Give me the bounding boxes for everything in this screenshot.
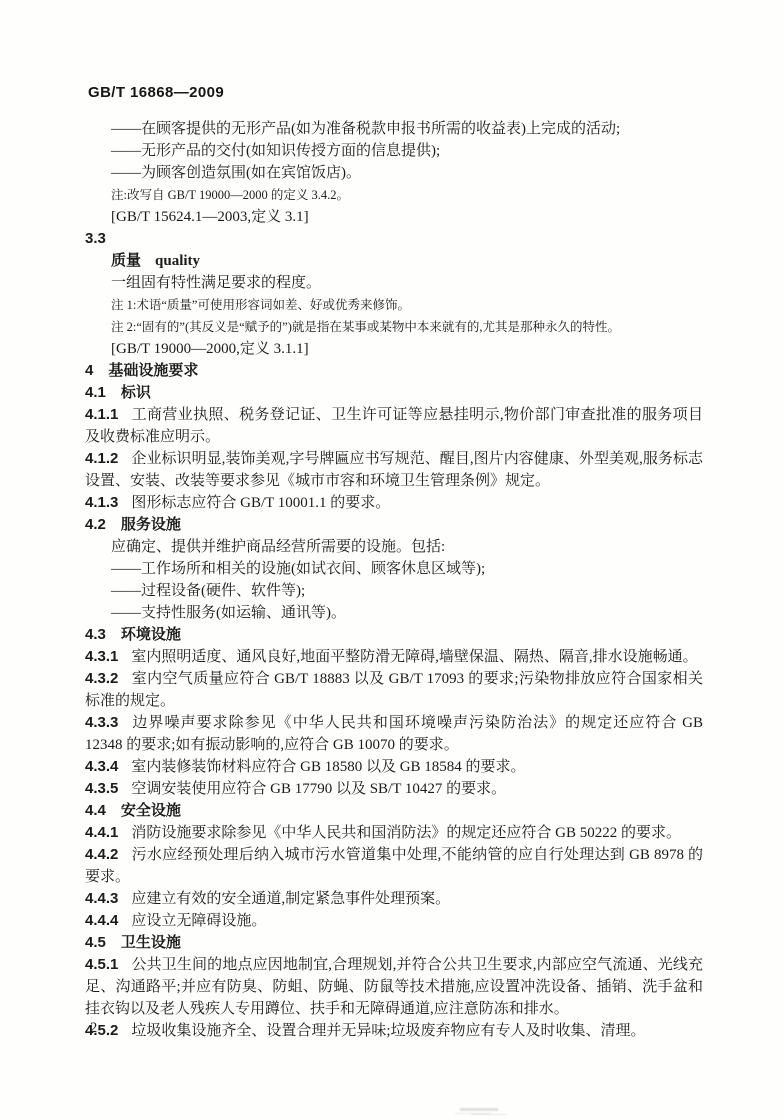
subsection-title: 卫生设施 [121,934,181,951]
clause-text: 室内装修装饰材料应符合 GB 18580 以及 GB 18584 的要求。 [131,759,525,775]
subsection-4-1: 4.1标识 4.1.1工商营业执照、税务登记证、卫生许可证等应悬挂明示,物价部门… [85,382,703,514]
clause: 4.5.1公共卫生间的地点应因地制宜,合理规划,并符合公共卫生要求,内部应空气流… [85,954,703,1020]
term-line: 质量quality [85,250,703,272]
dash-list-item: ——支持性服务(如运输、通讯等)。 [85,602,703,624]
subsection-title: 标识 [121,384,151,401]
subsection-4-3: 4.3环境设施 4.3.1室内照明适度、通风良好,地面平整防滑无障碍,墙壁保温、… [85,624,703,800]
clause-3-3: 3.3 质量quality 一组固有特性满足要求的程度。 注 1:术语“质量”可… [85,228,703,360]
subsection-number: 4.2 [85,516,121,533]
subsection-title: 服务设施 [121,516,181,533]
clause: 4.3.4室内装修装饰材料应符合 GB 18580 以及 GB 18584 的要… [85,756,703,778]
clause-text: 消防设施要求除参见《中华人民共和国消防法》的规定还应符合 GB 50222 的要… [131,825,681,841]
dash-list-item: ——在顾客提供的无形产品(如为准备税款申报书所需的收益表)上完成的活动; [85,118,703,140]
clause-text: 图形标志应符合 GB/T 10001.1 的要求。 [131,495,390,511]
section-number: 4 [85,362,108,379]
subsection-heading: 4.1标识 [85,382,703,404]
note: 注 1:术语“质量”可使用形容词如差、好或优秀来修饰。 [85,294,703,316]
clause-text: 企业标识明显,装饰美观,字号牌匾应书写规范、醒目,图片内容健康、外型美观,服务标… [85,451,703,489]
clause: 4.1.1工商营业执照、税务登记证、卫生许可证等应悬挂明示,物价部门审查批准的服… [85,404,703,448]
clause-number: 4.4.4 [85,912,131,929]
clause-number: 4.4.1 [85,824,131,841]
clause-text: 空调安装使用应符合 GB 17790 以及 SB/T 10427 的要求。 [131,781,506,797]
note: 注 2:“固有的”(其反义是“赋予的”)就是指在某事或某物中本来就有的,尤其是那… [85,316,703,338]
clause-text: 室内照明适度、通风良好,地面平整防滑无障碍,墙壁保温、隔热、隔音,排水设施畅通。 [131,649,697,665]
clause: 4.3.1室内照明适度、通风良好,地面平整防滑无障碍,墙壁保温、隔热、隔音,排水… [85,646,703,668]
subsection-4-2: 4.2服务设施 应确定、提供并维护商品经营所需要的设施。包括: ——工作场所和相… [85,514,703,624]
clause: 4.4.4应设立无障碍设施。 [85,910,703,932]
clause-text: 室内空气质量应符合 GB/T 18883 以及 GB/T 17093 的要求;污… [85,671,703,709]
page-content: ——在顾客提供的无形产品(如为准备税款申报书所需的收益表)上完成的活动; ——无… [85,118,703,1042]
document-page: GB/T 16868—2009 ——在顾客提供的无形产品(如为准备税款申报书所需… [0,0,783,1120]
clause-3-2-continuation: ——在顾客提供的无形产品(如为准备税款申报书所需的收益表)上完成的活动; ——无… [85,118,703,228]
clause-number: 4.4.3 [85,890,131,907]
term-chinese: 质量 [111,252,155,269]
term-english: quality [155,253,200,269]
subsection-title: 安全设施 [121,802,181,819]
clause-text: 应设立无障碍设施。 [131,913,266,929]
clause-number: 4.4.2 [85,846,131,863]
subsection-4-5: 4.5卫生设施 4.5.1公共卫生间的地点应因地制宜,合理规划,并符合公共卫生要… [85,932,703,1042]
section-title: 基础设施要求 [108,362,198,379]
clause-text: 垃圾收集设施齐全、设置合理并无异味;垃圾废弃物应有专人及时收集、清理。 [131,1023,645,1039]
doc-number: GB/T 16868—2009 [88,84,224,101]
clause-number: 4.3.5 [85,780,131,797]
section-4: 4基础设施要求 4.1标识 4.1.1工商营业执照、税务登记证、卫生许可证等应悬… [85,360,703,1042]
subsection-heading: 4.2服务设施 [85,514,703,536]
clause: 4.1.3图形标志应符合 GB/T 10001.1 的要求。 [85,492,703,514]
standard-reference: [GB/T 15624.1—2003,定义 3.1] [85,206,703,228]
subsection-heading: 4.4安全设施 [85,800,703,822]
subsection-title: 环境设施 [121,626,181,643]
clause-number: 4.3.1 [85,648,131,665]
clause-number: 4.1.3 [85,494,131,511]
clause-number: 4.3.2 [85,670,131,687]
subsection-number: 4.3 [85,626,121,643]
page-number: 2 [90,1020,97,1037]
section-heading: 4基础设施要求 [85,360,703,382]
standard-reference: [GB/T 19000—2000,定义 3.1.1] [85,338,703,360]
clause: 4.3.3边界噪声要求除参见《中华人民共和国环境噪声污染防治法》的规定还应符合 … [85,712,703,756]
subsection-number: 4.1 [85,384,121,401]
clause: 4.3.2室内空气质量应符合 GB/T 18883 以及 GB/T 17093 … [85,668,703,712]
dash-list-item: ——无形产品的交付(如知识传授方面的信息提供); [85,140,703,162]
clause-text: 公共卫生间的地点应因地制宜,合理规划,并符合公共卫生要求,内部应空气流通、光线充… [85,957,703,1017]
dash-list-item: ——过程设备(硬件、软件等); [85,580,703,602]
clause-number: 4.5.1 [85,956,131,973]
term-definition: 一组固有特性满足要求的程度。 [85,272,703,294]
subsection-heading: 4.5卫生设施 [85,932,703,954]
clause-text: 污水应经预处理后纳入城市污水管道集中处理,不能纳管的应自行处理达到 GB 897… [85,847,703,885]
clause: 4.1.2企业标识明显,装饰美观,字号牌匾应书写规范、醒目,图片内容健康、外型美… [85,448,703,492]
clause-number: 4.3.3 [85,714,131,731]
subsection-heading: 4.3环境设施 [85,624,703,646]
clause: 4.4.3应建立有效的安全通道,制定紧急事件处理预案。 [85,888,703,910]
clause-text: 边界噪声要求除参见《中华人民共和国环境噪声污染防治法》的规定还应符合 GB 12… [85,715,703,753]
subsection-4-4: 4.4安全设施 4.4.1消防设施要求除参见《中华人民共和国消防法》的规定还应符… [85,800,703,932]
clause: 4.4.1消防设施要求除参见《中华人民共和国消防法》的规定还应符合 GB 502… [85,822,703,844]
clause-number: 4.1.2 [85,450,131,467]
dash-list-item: ——工作场所和相关的设施(如试衣间、顾客休息区域等); [85,558,703,580]
clause: 4.4.2污水应经预处理后纳入城市污水管道集中处理,不能纳管的应自行处理达到 G… [85,844,703,888]
subsection-number: 4.4 [85,802,121,819]
clause: 4.5.2垃圾收集设施齐全、设置合理并无异味;垃圾废弃物应有专人及时收集、清理。 [85,1020,703,1042]
clause: 4.3.5空调安装使用应符合 GB 17790 以及 SB/T 10427 的要… [85,778,703,800]
clause-number: 4.3.4 [85,758,131,775]
dash-list-item: ——为顾客创造氛围(如在宾馆饭店)。 [85,162,703,184]
clause-text: 应建立有效的安全通道,制定紧急事件处理预案。 [131,891,450,907]
clause-intro: 应确定、提供并维护商品经营所需要的设施。包括: [85,536,703,558]
scan-artifact [460,1108,498,1111]
note: 注:改写自 GB/T 19000—2000 的定义 3.4.2。 [85,184,703,206]
clause-text: 工商营业执照、税务登记证、卫生许可证等应悬挂明示,物价部门审查批准的服务项目及收… [85,407,703,445]
clause-number: 4.1.1 [85,406,131,423]
clause-number: 3.3 [85,228,703,250]
subsection-number: 4.5 [85,934,121,951]
